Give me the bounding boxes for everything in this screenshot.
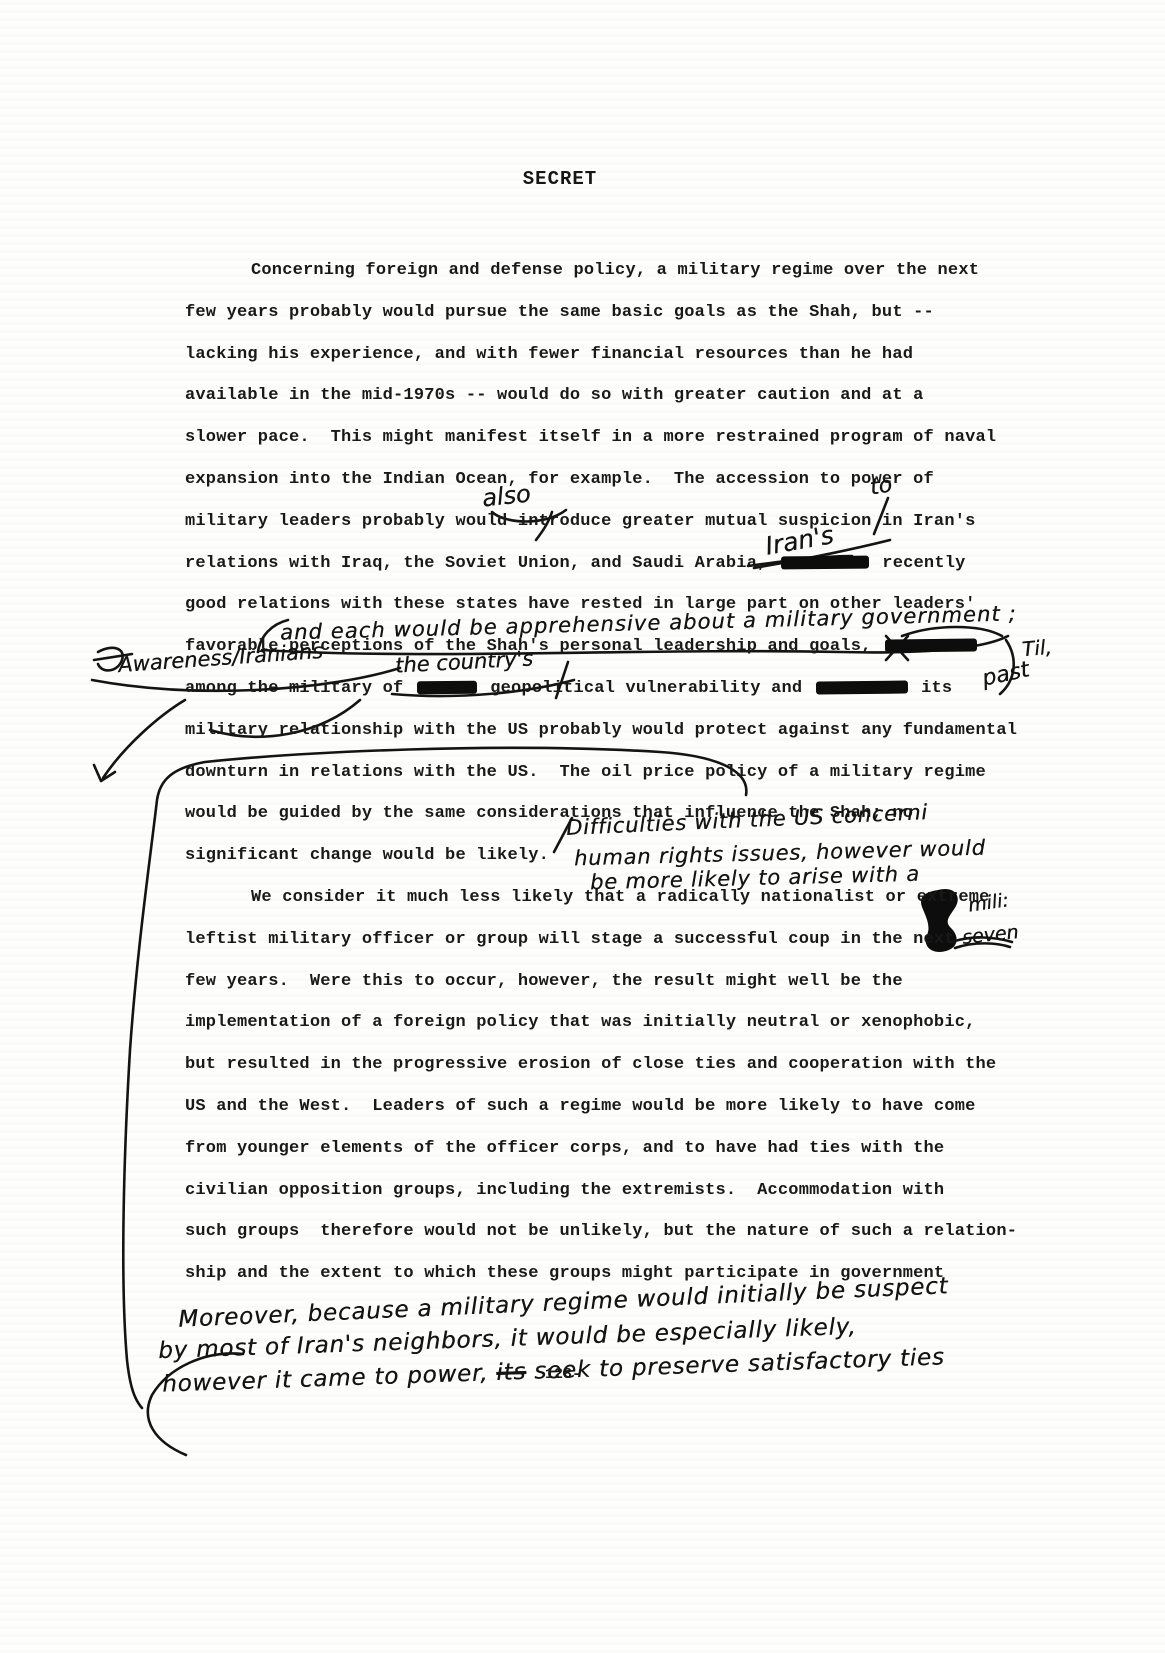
typed-line: expansion into the Indian Ocean, for exa… bbox=[185, 459, 1045, 501]
typed-segment: geopolitical vulnerability and bbox=[480, 679, 813, 698]
redaction-mark bbox=[816, 681, 908, 695]
handwritten-segment: however it came to power, bbox=[162, 1360, 497, 1398]
typed-line: Concerning foreign and defense policy, a… bbox=[185, 250, 1045, 292]
handwritten-insert-to: to bbox=[868, 472, 894, 500]
typed-line: military leaders probably would introduc… bbox=[185, 501, 1045, 543]
redaction-mark bbox=[885, 639, 977, 653]
typed-line: downturn in relations with the US. The o… bbox=[185, 752, 1045, 794]
page-number: 128- bbox=[545, 1366, 581, 1383]
typed-line: lacking his experience, and with fewer f… bbox=[185, 334, 1045, 376]
typed-line: slower pace. This might manifest itself … bbox=[185, 417, 1045, 459]
typed-line: relations with Iraq, the Soviet Union, a… bbox=[185, 543, 1045, 585]
classification-header: SECRET bbox=[0, 168, 1120, 190]
typed-line: US and the West. Leaders of such a regim… bbox=[185, 1086, 1045, 1128]
typed-line: few years. Were this to occur, however, … bbox=[185, 961, 1045, 1003]
typed-segment: among the military of bbox=[185, 679, 414, 698]
handwritten-struck-word: its bbox=[496, 1359, 527, 1386]
handwritten-segment: seek to preserve satisfactory ties bbox=[526, 1344, 945, 1385]
typed-segment: its bbox=[911, 679, 953, 698]
typed-line: but resulted in the progressive erosion … bbox=[185, 1044, 1045, 1086]
handwritten-insert-also: also bbox=[481, 480, 532, 513]
margin-arrowhead bbox=[94, 765, 115, 781]
redaction-mark bbox=[417, 681, 477, 695]
typed-text-block: Concerning foreign and defense policy, a… bbox=[185, 250, 1045, 1295]
typed-segment: recently bbox=[872, 554, 966, 573]
typed-line: such groups therefore would not be unlik… bbox=[185, 1211, 1045, 1253]
typed-line: from younger elements of the officer cor… bbox=[185, 1128, 1045, 1170]
document-page: SECRET Concerning foreign and defense po… bbox=[0, 0, 1165, 1653]
typed-line: among the military of geopolitical vulne… bbox=[185, 668, 1045, 710]
typed-line: military relationship with the US probab… bbox=[185, 710, 1045, 752]
typed-line: few years probably would pursue the same… bbox=[185, 292, 1045, 334]
redaction-mark bbox=[781, 555, 869, 569]
margin-arrow-stroke bbox=[103, 700, 185, 778]
typed-line: available in the mid-1970s -- would do s… bbox=[185, 375, 1045, 417]
typed-line: leftist military officer or group will s… bbox=[185, 919, 1045, 961]
typed-line: civilian opposition groups, including th… bbox=[185, 1170, 1045, 1212]
typed-line: implementation of a foreign policy that … bbox=[185, 1002, 1045, 1044]
typed-segment: relations with Iraq, the Soviet Union, a… bbox=[185, 554, 778, 573]
